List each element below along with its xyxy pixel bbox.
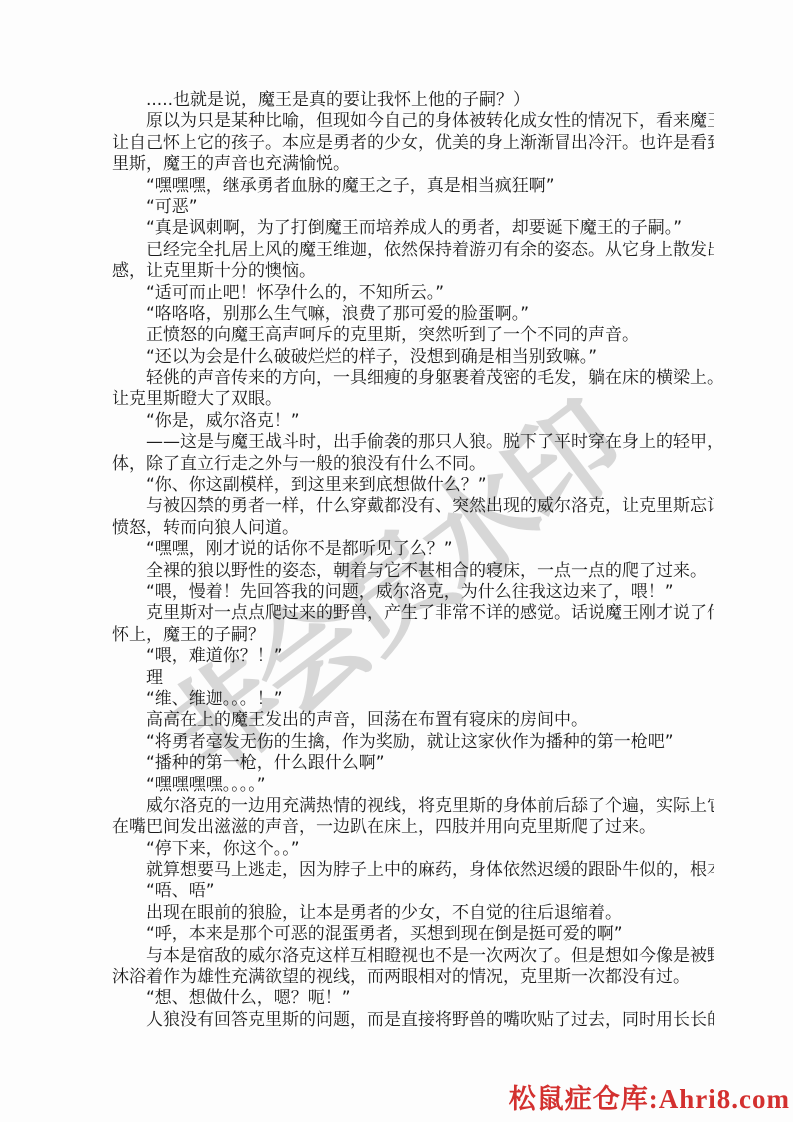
text-line: .....也就是说，魔王是真的要让我怀上他的子嗣？） [112, 90, 714, 111]
text-line: “呼，本来是那个可恶的混蛋勇者，买想到现在倒是挺可爱的啊” [112, 924, 714, 945]
text-line: “维、维迦。。。！” [112, 689, 714, 710]
site-credit-text: 松鼠症仓库:Ahri8.com [509, 1077, 790, 1116]
text-line: 沐浴着作为雄性充满欲望的视线，而两眼相对的情况，克里斯一次都没有过。 [112, 967, 714, 988]
text-line: ——这是与魔王战斗时，出手偷袭的那只人狼。脱下了平时穿在身上的轻甲，裸露的身 [112, 432, 714, 453]
text-line: “喂，难道你？！” [112, 646, 714, 667]
text-line: 就算想要马上逃走，因为脖子上中的麻药，身体依然迟缓的跟卧牛似的，根本办不到。 [112, 860, 714, 881]
text-line: 全裸的狼以野性的姿态，朝着与它不甚相合的寝床，一点一点的爬了过来。 [112, 561, 714, 582]
text-line: “停下来，你这个。。” [112, 839, 714, 860]
text-line: “喂，慢着！先回答我的问题，威尔洛克，为什么往我这边来了，喂！” [112, 582, 714, 603]
text-line: 在嘴巴间发出滋滋的声音，一边趴在床上，四肢并用向克里斯爬了过来。 [112, 817, 714, 838]
text-line: 克里斯对一点点爬过来的野兽，产生了非常不详的感觉。话说魔王刚才说了什么来着？ [112, 603, 714, 624]
text-line: 怀上，魔王的子嗣？ [112, 625, 714, 646]
text-line: “将勇者毫发无伤的生擒，作为奖励，就让这家伙作为播种的第一枪吧” [112, 732, 714, 753]
scanned-novel-page: 非会员水印 .....也就是说，魔王是真的要让我怀上他的子嗣？） 原以为只是某种… [0, 0, 793, 1122]
text-line: “唔、唔” [112, 881, 714, 902]
story-text-block: .....也就是说，魔王是真的要让我怀上他的子嗣？） 原以为只是某种比喻，但现如… [112, 90, 714, 1031]
text-line: “播种的第一枪，什么跟什么啊” [112, 753, 714, 774]
text-line: 感，让克里斯十分的懊恼。 [112, 261, 714, 282]
text-line: “嘿嘿，刚才说的话你不是都听见了么？” [112, 539, 714, 560]
text-line: 理 [112, 668, 714, 689]
text-line: 正愤怒的向魔王高声呵斥的克里斯，突然听到了一个不同的声音。 [112, 325, 714, 346]
text-line: 人狼没有回答克里斯的问题，而是直接将野兽的嘴吹贴了过去，同时用长长的舌头侵入 [112, 1010, 714, 1031]
text-line: 轻佻的声音传来的方向，一具细瘦的身躯裹着茂密的毛发，躺在床的横梁上。这个身姿 [112, 368, 714, 389]
text-line: 体，除了直立行走之外与一般的狼没有什么不同。 [112, 454, 714, 475]
text-line: 高高在上的魔王发出的声音，回荡在布置有寝床的房间中。 [112, 710, 714, 731]
text-line: 与本是宿敌的威尔洛克这样互相瞪视也不是一次两次了。但是想如今像是被野兽盯着 [112, 946, 714, 967]
text-line: 与被囚禁的勇者一样，什么穿戴都没有、突然出现的威尔洛克，让克里斯忘记了刚才的 [112, 496, 714, 517]
text-line: “想、想做什么，嗯？呃！” [112, 988, 714, 1009]
text-line: 愤怒，转而向狼人问道。 [112, 518, 714, 539]
text-line: 已经完全扎居上风的魔王维迦，依然保持着游刃有余的姿态。从它身上散发出来的优越 [112, 240, 714, 261]
text-line: “嘿嘿嘿，继承勇者血脉的魔王之子，真是相当疯狂啊” [112, 176, 714, 197]
text-line: “真是讽刺啊，为了打倒魔王而培养成人的勇者，却要诞下魔王的子嗣。” [112, 218, 714, 239]
text-line: 威尔洛克的一边用充满热情的视线，将克里斯的身体前后舔了个遍，实际上它的舌头正 [112, 796, 714, 817]
text-line: “嘿嘿嘿嘿。。。。” [112, 775, 714, 796]
text-line: “咯咯咯，别那么生气嘛，浪费了那可爱的脸蛋啊。” [112, 304, 714, 325]
text-line: 让克里斯瞪大了双眼。 [112, 389, 714, 410]
text-line: 让自己怀上它的孩子。本应是勇者的少女，优美的身上渐渐冒出冷汗。也许是看到这样的克 [112, 133, 714, 154]
text-line: “适可而止吧！怀孕什么的，不知所云。” [112, 283, 714, 304]
text-line: 原以为只是某种比喻，但现如今自己的身体被转化成女性的情况下，看来魔王是真的要 [112, 111, 714, 132]
text-line: “你、你这副模样，到这里来到底想做什么？” [112, 475, 714, 496]
text-line: “你是，威尔洛克！” [112, 411, 714, 432]
text-line: “可恶” [112, 197, 714, 218]
text-line: 出现在眼前的狼脸，让本是勇者的少女，不自觉的往后退缩着。 [112, 903, 714, 924]
text-line: “还以为会是什么破破烂烂的样子，没想到确是相当别致嘛。” [112, 347, 714, 368]
text-line: 里斯，魔王的声音也充满愉悦。 [112, 154, 714, 175]
